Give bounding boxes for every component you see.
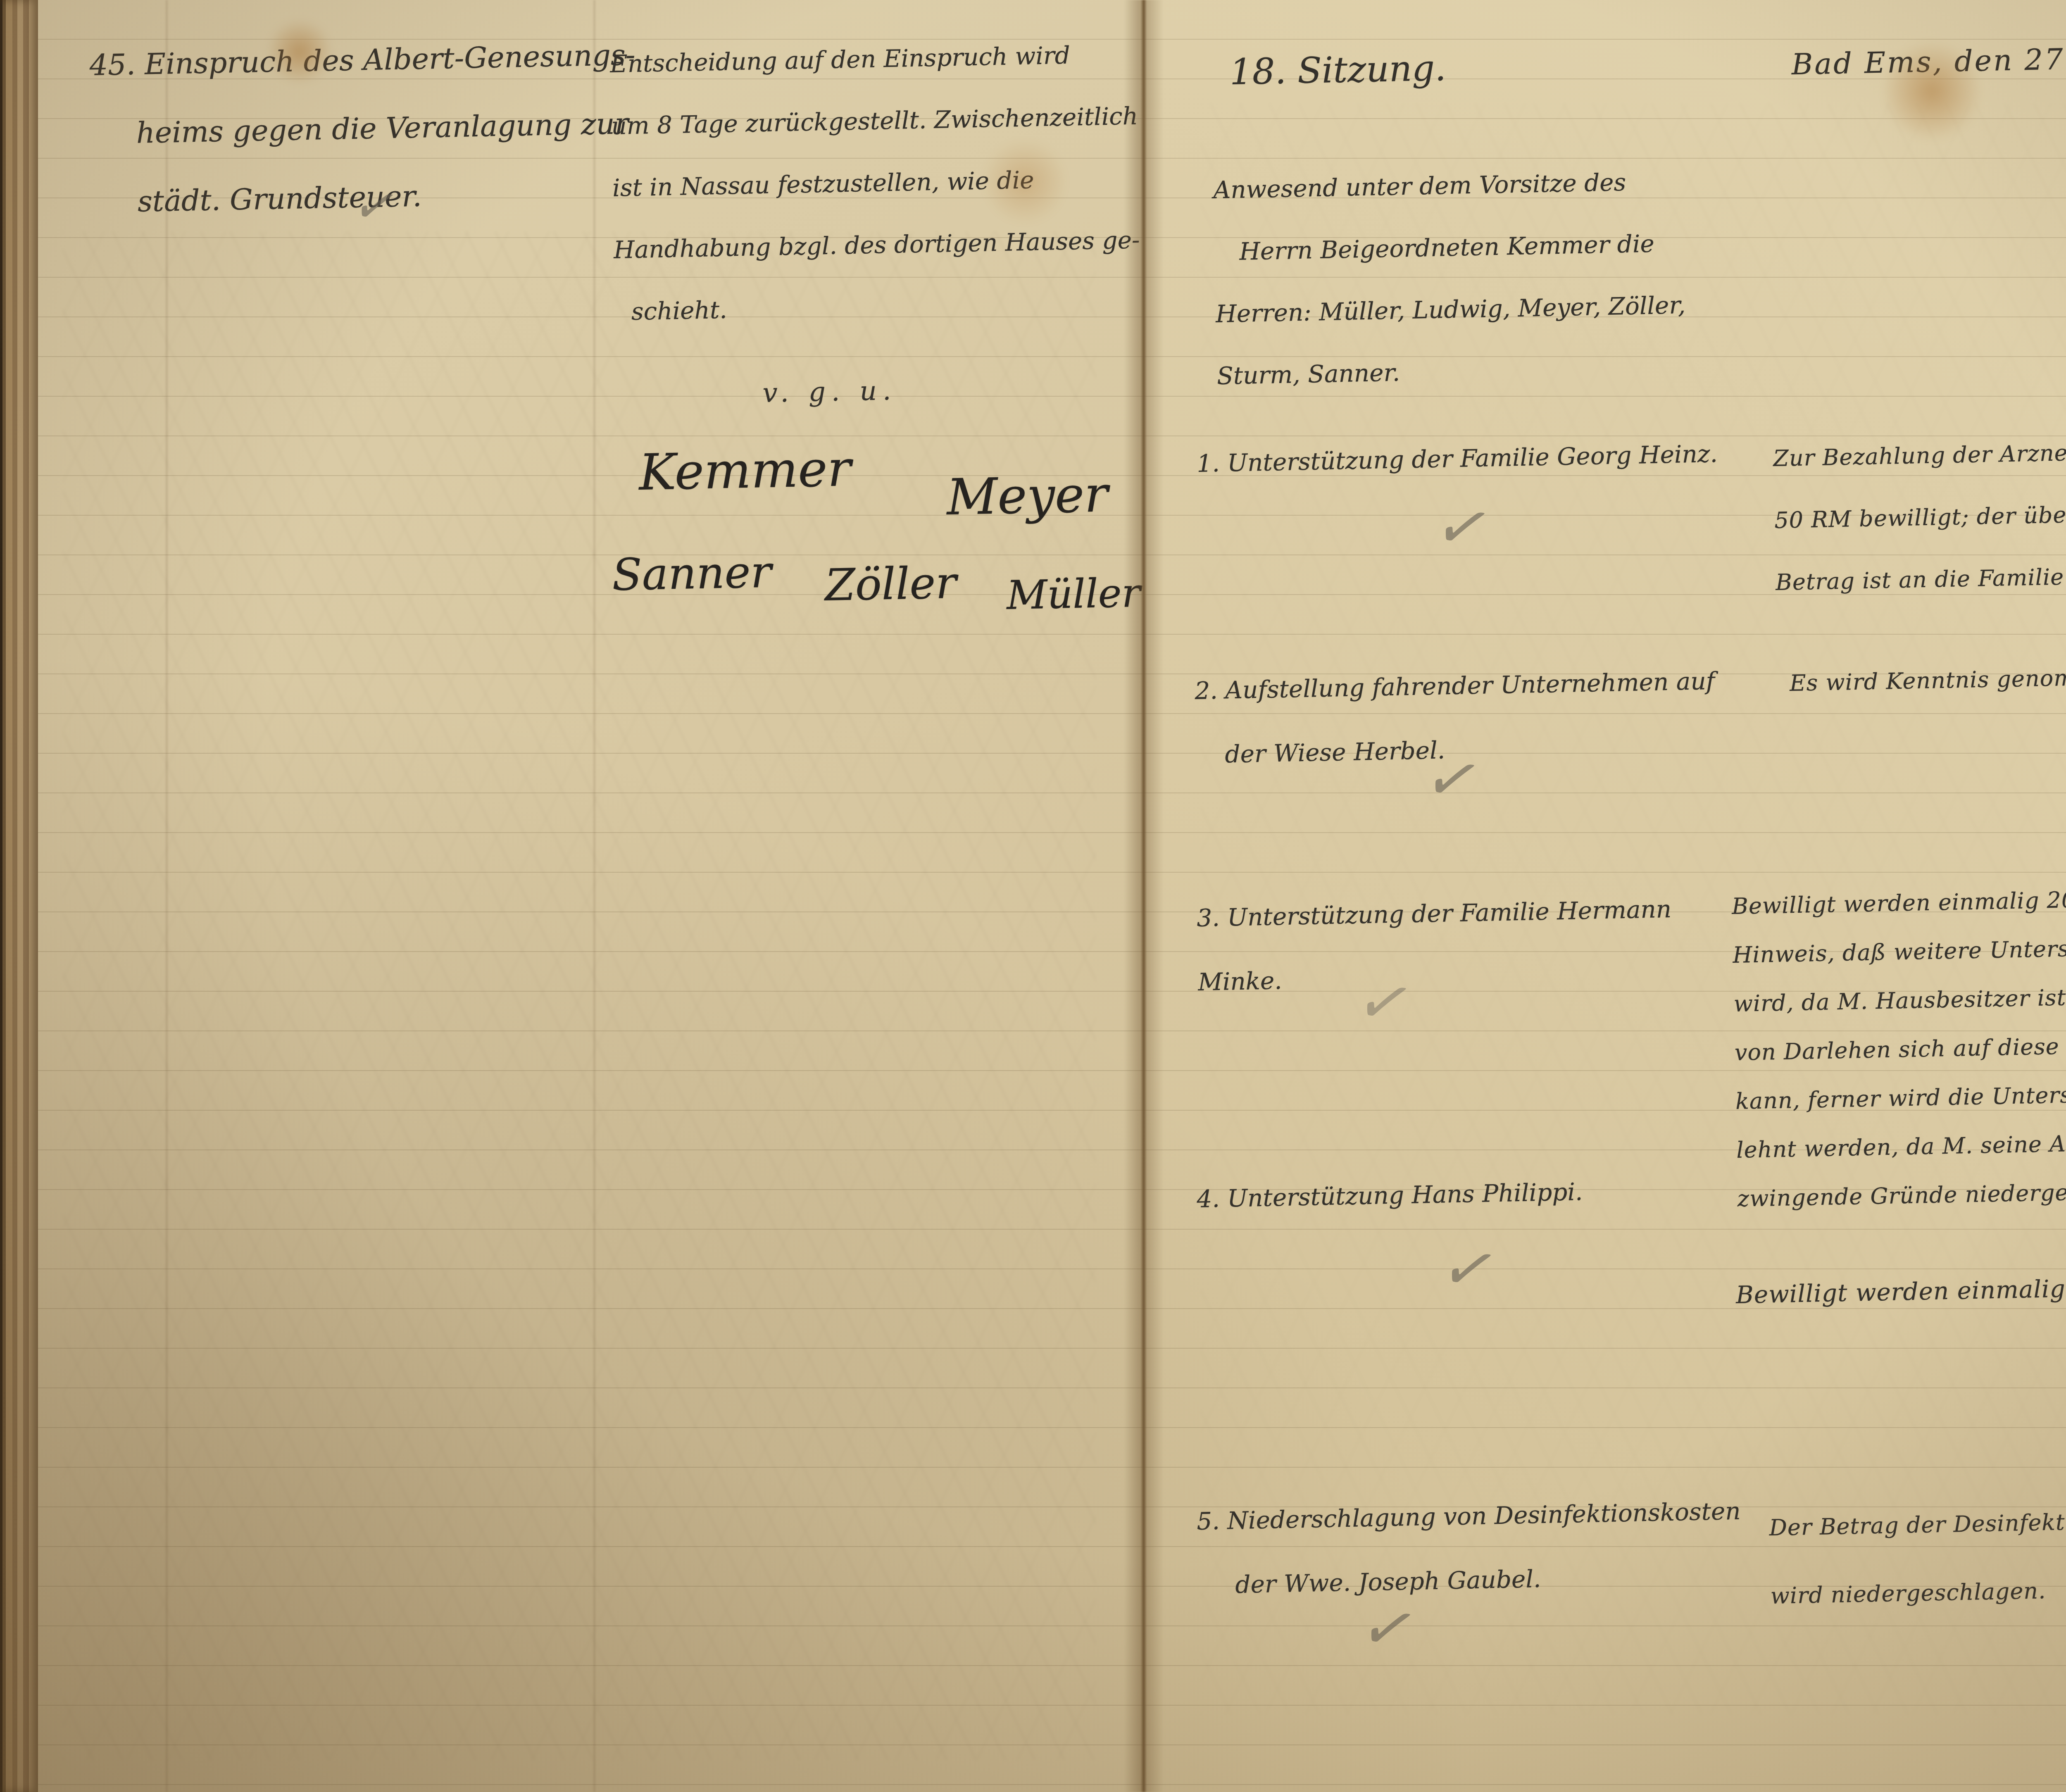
approval-note: v. g. u. — [762, 376, 897, 409]
fold-crease — [594, 0, 595, 1792]
attendance-line: Anwesend unter dem Vorsitze des — [1213, 150, 1684, 221]
decision-line: um 8 Tage zurückgestellt. Zwischenzeitli… — [611, 85, 1139, 157]
signature-meyer: Meyer — [946, 466, 1109, 526]
agenda-item-5-decision: Der Betrag der Desinfektionskosten wird … — [1768, 1485, 2066, 1630]
agenda-item-3-decision: Bewilligt werden einmalig 20 RM mit dem … — [1731, 871, 2066, 1223]
subject-line: 5. Niederschlagung von Desinfektionskost… — [1196, 1479, 1741, 1554]
agenda-item-1-decision: Zur Bezahlung der Arzneikosten werden 50… — [1773, 419, 2066, 614]
signature-zoeller: Zöller — [824, 557, 957, 611]
decision-line: Es wird Kenntnis genommen. — [1789, 652, 2066, 708]
decision-line: schieht. — [631, 271, 1142, 343]
page-edge-stack — [0, 0, 38, 1792]
foxing-stain — [264, 21, 335, 83]
agenda-item-1-subject: 1. Unterstützung der Familie Georg Heinz… — [1196, 422, 1718, 496]
subject-line: 3. Unterstützung der Familie Hermann — [1196, 877, 1672, 950]
signature-mueller: Müller — [1006, 570, 1141, 619]
decision-line: Handhabung bzgl. des dortigen Hauses ge- — [613, 209, 1141, 281]
foxing-stain — [983, 136, 1066, 227]
heading-line: heims gegen die Veranlagung zur — [136, 89, 637, 167]
agenda-item-4-decision: Bewilligt werden einmalig 20 RM — [1735, 1262, 2066, 1319]
subject-line: 4. Unterstützung Hans Philippi. — [1196, 1160, 1583, 1231]
subject-line: der Wwe. Joseph Gaubel. — [1235, 1543, 1742, 1617]
attendance-line: Sturm, Sanner. — [1216, 336, 1688, 407]
agenda-item-5-subject: 5. Niederschlagung von Desinfektionskost… — [1196, 1479, 1742, 1618]
decision-line: wird niedergeschlagen. — [1770, 1554, 2066, 1630]
attendance-paragraph: Anwesend unter dem Vorsitze des Herrn Be… — [1213, 150, 1687, 407]
decision-line: Entscheidung auf den Einspruch wird — [609, 23, 1138, 95]
foxing-stain — [1884, 37, 1979, 145]
signature-kemmer: Kemmer — [638, 440, 852, 502]
decision-line: Betrag ist an die Familie auszuzahlen. — [1775, 543, 2066, 614]
subject-line: 1. Unterstützung der Familie Georg Heinz… — [1196, 422, 1718, 496]
fold-crease — [166, 0, 167, 1792]
heading-line: 45. Einspruch des Albert-Genesungs- — [89, 21, 636, 100]
manuscript-spread: 45. Einspruch des Albert-Genesungs- heim… — [0, 0, 2066, 1792]
agenda-item-2-decision: Es wird Kenntnis genommen. — [1789, 652, 2066, 708]
agenda-item-4-subject: 4. Unterstützung Hans Philippi. — [1196, 1160, 1583, 1231]
bleed-through-text — [63, 231, 1096, 1760]
decision-line: 50 RM bewilligt; der überschießende — [1774, 481, 2066, 552]
subject-line: Minke. — [1197, 941, 1673, 1014]
agenda-item-3-subject: 3. Unterstützung der Familie Hermann Min… — [1196, 877, 1673, 1014]
gutter-seam — [1124, 0, 1164, 1792]
subject-line: 2. Aufstellung fahrender Unternehmen auf — [1194, 649, 1716, 723]
decision-line: Der Betrag der Desinfektionskosten — [1768, 1485, 2066, 1562]
attendance-line: Herren: Müller, Ludwig, Meyer, Zöller, — [1215, 274, 1686, 345]
signature-sanner: Sanner — [612, 547, 772, 600]
attendance-line: Herrn Beigeordneten Kemmer die — [1239, 212, 1685, 283]
decision-line: Zur Bezahlung der Arzneikosten werden — [1773, 419, 2066, 490]
decision-line: Bewilligt werden einmalig 20 RM — [1735, 1262, 2066, 1319]
session-title: 18. Sitzung. — [1229, 48, 1446, 93]
